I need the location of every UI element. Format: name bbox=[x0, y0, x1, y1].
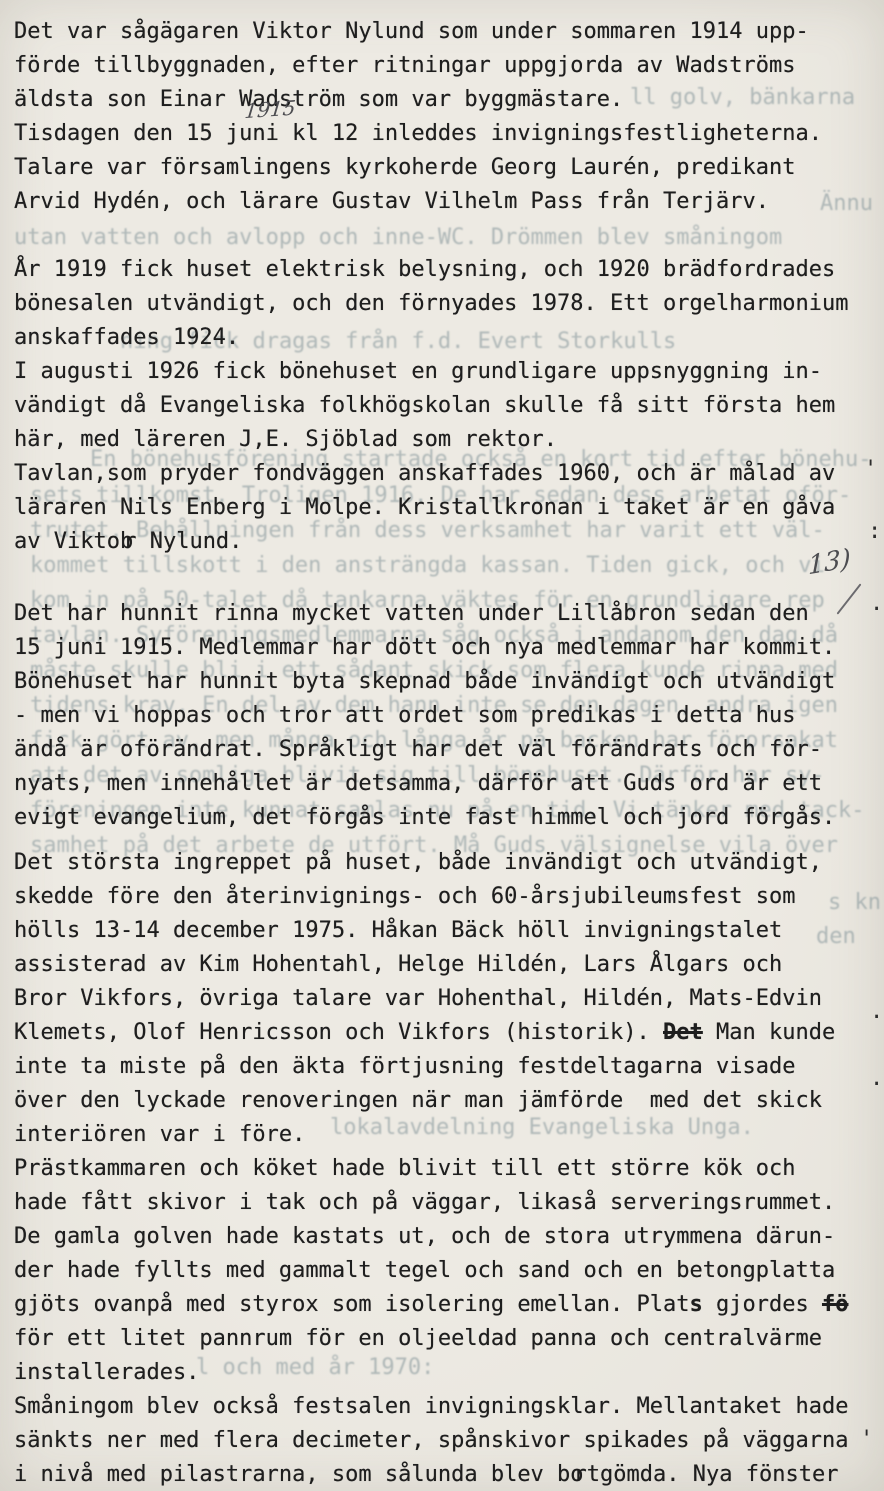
text-run: för ett litet pannrum för en oljeeldad p… bbox=[14, 1326, 822, 1351]
margin-mark: . bbox=[870, 591, 883, 616]
margin-mark: . bbox=[870, 999, 883, 1024]
text-line: Bönehuset har hunnit byta skepnad både i… bbox=[14, 665, 848, 699]
text-run: Prästkammaren och köket hade blivit till… bbox=[14, 1156, 795, 1181]
text-run: rtgömda. Nya fönster bbox=[574, 1462, 839, 1487]
text-run: Det har hunnit rinna mycket vatten under… bbox=[14, 601, 809, 626]
text-run: sänkts ner med flera decimeter, spånskiv… bbox=[14, 1428, 848, 1453]
text-run: Bönehuset har hunnit byta skepnad både i… bbox=[14, 669, 835, 694]
text-run: 15 juni 1915. Medlemmar har dött och nya… bbox=[14, 635, 835, 660]
text-line: sänkts ner med flera decimeter, spånskiv… bbox=[14, 1424, 848, 1458]
text-run: gjöts ovanpå med styrox som isolering em… bbox=[14, 1292, 690, 1317]
text-line: förde tillbyggnaden, efter ritningar upp… bbox=[14, 49, 848, 83]
paragraph: Det var sågägaren Viktor Nylund som unde… bbox=[14, 15, 848, 219]
text-line: Det var sågägaren Viktor Nylund som unde… bbox=[14, 15, 848, 49]
text-line: I augusti 1926 fick bönehuset en grundli… bbox=[14, 355, 848, 389]
text-run: skedde före den återinvignings- och 60-å… bbox=[14, 884, 795, 909]
text-run: Småningom blev också festsalen invigning… bbox=[14, 1394, 848, 1419]
text-run: vändigt då Evangeliska folkhögskolan sku… bbox=[14, 393, 835, 418]
text-line: interiören var i före. bbox=[14, 1118, 848, 1152]
text-run: assisterad av Kim Hohentahl, Helge Hildé… bbox=[14, 952, 782, 977]
text-run: nyats, men innehållet är detsamma, därfö… bbox=[14, 771, 822, 796]
text-line: i nivå med pilastrarna, som sålunda blev… bbox=[14, 1458, 848, 1491]
typewritten-text: Det var sågägaren Viktor Nylund som unde… bbox=[14, 15, 848, 1491]
text-run: här, med läreren J,E. Sjöblad som rektor… bbox=[14, 427, 557, 452]
text-run: Man kunde bbox=[703, 1020, 835, 1045]
text-line: ändå är oförändrat. Språkligt har det vä… bbox=[14, 733, 848, 767]
text-run: - men vi hoppas och tror att ordet som p… bbox=[14, 703, 795, 728]
text-run: Bror Vikfors, övriga talare var Hohentha… bbox=[14, 986, 822, 1011]
margin-mark: ' bbox=[860, 1427, 873, 1452]
text-run: ändå är oförändrat. Språkligt har det vä… bbox=[14, 737, 822, 762]
text-run: r Nylund. bbox=[123, 529, 242, 554]
text-line: Klemets, Olof Henricsson och Vikfors (hi… bbox=[14, 1016, 848, 1050]
text-run: gjordes bbox=[703, 1292, 822, 1317]
margin-mark: : bbox=[868, 519, 881, 544]
overstruck-text: fö bbox=[822, 1292, 849, 1317]
text-line: Prästkammaren och köket hade blivit till… bbox=[14, 1152, 848, 1186]
text-line: evigt evangelium, det förgås inte fast h… bbox=[14, 801, 848, 835]
text-run: anskaffades 1924. bbox=[14, 325, 239, 350]
text-line: hade fått skivor i tak och på väggar, li… bbox=[14, 1186, 848, 1220]
text-run: evigt evangelium, det förgås inte fast h… bbox=[14, 805, 835, 830]
margin-mark: ' bbox=[864, 457, 877, 482]
text-line: Tisdagen den 15 juni kl 12 inleddes invi… bbox=[14, 117, 848, 151]
text-line: läraren Nils Enberg i Molpe. Kristallkro… bbox=[14, 491, 848, 525]
text-line: De gamla golven hade kastats ut, och de … bbox=[14, 1220, 848, 1254]
text-line: Tavlan,som pryder fondväggen anskaffades… bbox=[14, 457, 848, 491]
text-run: Tavlan,som pryder fondväggen anskaffades… bbox=[14, 461, 835, 486]
text-run: Det var sågägaren Viktor Nylund som unde… bbox=[14, 19, 809, 44]
text-line: der hade fyllts med gammalt tegel och sa… bbox=[14, 1254, 848, 1288]
text-run: Arvid Hydén, och lärare Gustav Vilhelm P… bbox=[14, 189, 769, 214]
text-line: för ett litet pannrum för en oljeeldad p… bbox=[14, 1322, 848, 1356]
text-run: installerades. bbox=[14, 1360, 199, 1385]
text-run: inte ta miste på den äkta förtjusning fe… bbox=[14, 1054, 795, 1079]
text-run: Talare var församlingens kyrkoherde Geor… bbox=[14, 155, 795, 180]
text-run: hade fått skivor i tak och på väggar, li… bbox=[14, 1190, 835, 1215]
text-line: här, med läreren J,E. Sjöblad som rektor… bbox=[14, 423, 848, 457]
text-run: hölls 13-14 december 1975. Håkan Bäck hö… bbox=[14, 918, 782, 943]
text-line: Talare var församlingens kyrkoherde Geor… bbox=[14, 151, 848, 185]
text-run: läraren Nils Enberg i Molpe. Kristallkro… bbox=[14, 495, 835, 520]
text-line: inte ta miste på den äkta förtjusning fe… bbox=[14, 1050, 848, 1084]
text-line: vändigt då Evangeliska folkhögskolan sku… bbox=[14, 389, 848, 423]
text-line: installerades. bbox=[14, 1356, 848, 1390]
paragraph: År 1919 fick huset elektrisk belysning, … bbox=[14, 253, 848, 559]
text-line: År 1919 fick huset elektrisk belysning, … bbox=[14, 253, 848, 287]
text-run: bönesalen utvändigt, och den förnyades 1… bbox=[14, 291, 848, 316]
text-line: bönesalen utvändigt, och den förnyades 1… bbox=[14, 287, 848, 321]
text-run: äldsta son Einar Wadström som var byggmä… bbox=[14, 87, 623, 112]
text-line: över den lyckade renoveringen när man jä… bbox=[14, 1084, 848, 1118]
overstruck-text: Det bbox=[663, 1020, 703, 1045]
text-line: äldsta son Einar Wadström som var byggmä… bbox=[14, 83, 848, 117]
text-line: assisterad av Kim Hohentahl, Helge Hildé… bbox=[14, 948, 848, 982]
document-page: ll golv, bänkarnaÄnnuutan vatten och avl… bbox=[0, 0, 884, 1491]
text-run: der hade fyllts med gammalt tegel och sa… bbox=[14, 1258, 835, 1283]
text-line: hölls 13-14 december 1975. Håkan Bäck hö… bbox=[14, 914, 848, 948]
text-line: Småningom blev också festsalen invigning… bbox=[14, 1390, 848, 1424]
text-run: De gamla golven hade kastats ut, och de … bbox=[14, 1224, 835, 1249]
text-line: anskaffades 1924. bbox=[14, 321, 848, 355]
margin-mark: . bbox=[870, 1066, 883, 1091]
paragraph: Det har hunnit rinna mycket vatten under… bbox=[14, 597, 848, 835]
paragraph: Det största ingreppet på huset, både inv… bbox=[14, 846, 848, 1491]
text-line: - men vi hoppas och tror att ordet som p… bbox=[14, 699, 848, 733]
text-run: År 1919 fick huset elektrisk belysning, … bbox=[14, 257, 835, 282]
text-run: Klemets, Olof Henricsson och Vikfors (hi… bbox=[14, 1020, 663, 1045]
text-run: förde tillbyggnaden, efter ritningar upp… bbox=[14, 53, 795, 78]
text-line: Bror Vikfors, övriga talare var Hohentha… bbox=[14, 982, 848, 1016]
text-run: Det största ingreppet på huset, både inv… bbox=[14, 850, 822, 875]
text-line: 15 juni 1915. Medlemmar har dött och nya… bbox=[14, 631, 848, 665]
text-run: Tisdagen den 15 juni kl 12 inleddes invi… bbox=[14, 121, 822, 146]
text-line: Det största ingreppet på huset, både inv… bbox=[14, 846, 848, 880]
text-line: av Viktobr Nylund. bbox=[14, 525, 848, 559]
text-run: över den lyckade renoveringen när man jä… bbox=[14, 1088, 822, 1113]
text-line: Arvid Hydén, och lärare Gustav Vilhelm P… bbox=[14, 185, 848, 219]
text-line: gjöts ovanpå med styrox som isolering em… bbox=[14, 1288, 848, 1322]
text-line: skedde före den återinvignings- och 60-å… bbox=[14, 880, 848, 914]
text-line: Det har hunnit rinna mycket vatten under… bbox=[14, 597, 848, 631]
overstruck-text: s bbox=[690, 1292, 703, 1317]
text-run: i nivå med pilastrarna, som sålunda blev… bbox=[14, 1462, 570, 1487]
text-line: nyats, men innehållet är detsamma, därfö… bbox=[14, 767, 848, 801]
text-run: I augusti 1926 fick bönehuset en grundli… bbox=[14, 359, 822, 384]
text-run: interiören var i före. bbox=[14, 1122, 305, 1147]
text-run: av Vikto bbox=[14, 529, 120, 554]
